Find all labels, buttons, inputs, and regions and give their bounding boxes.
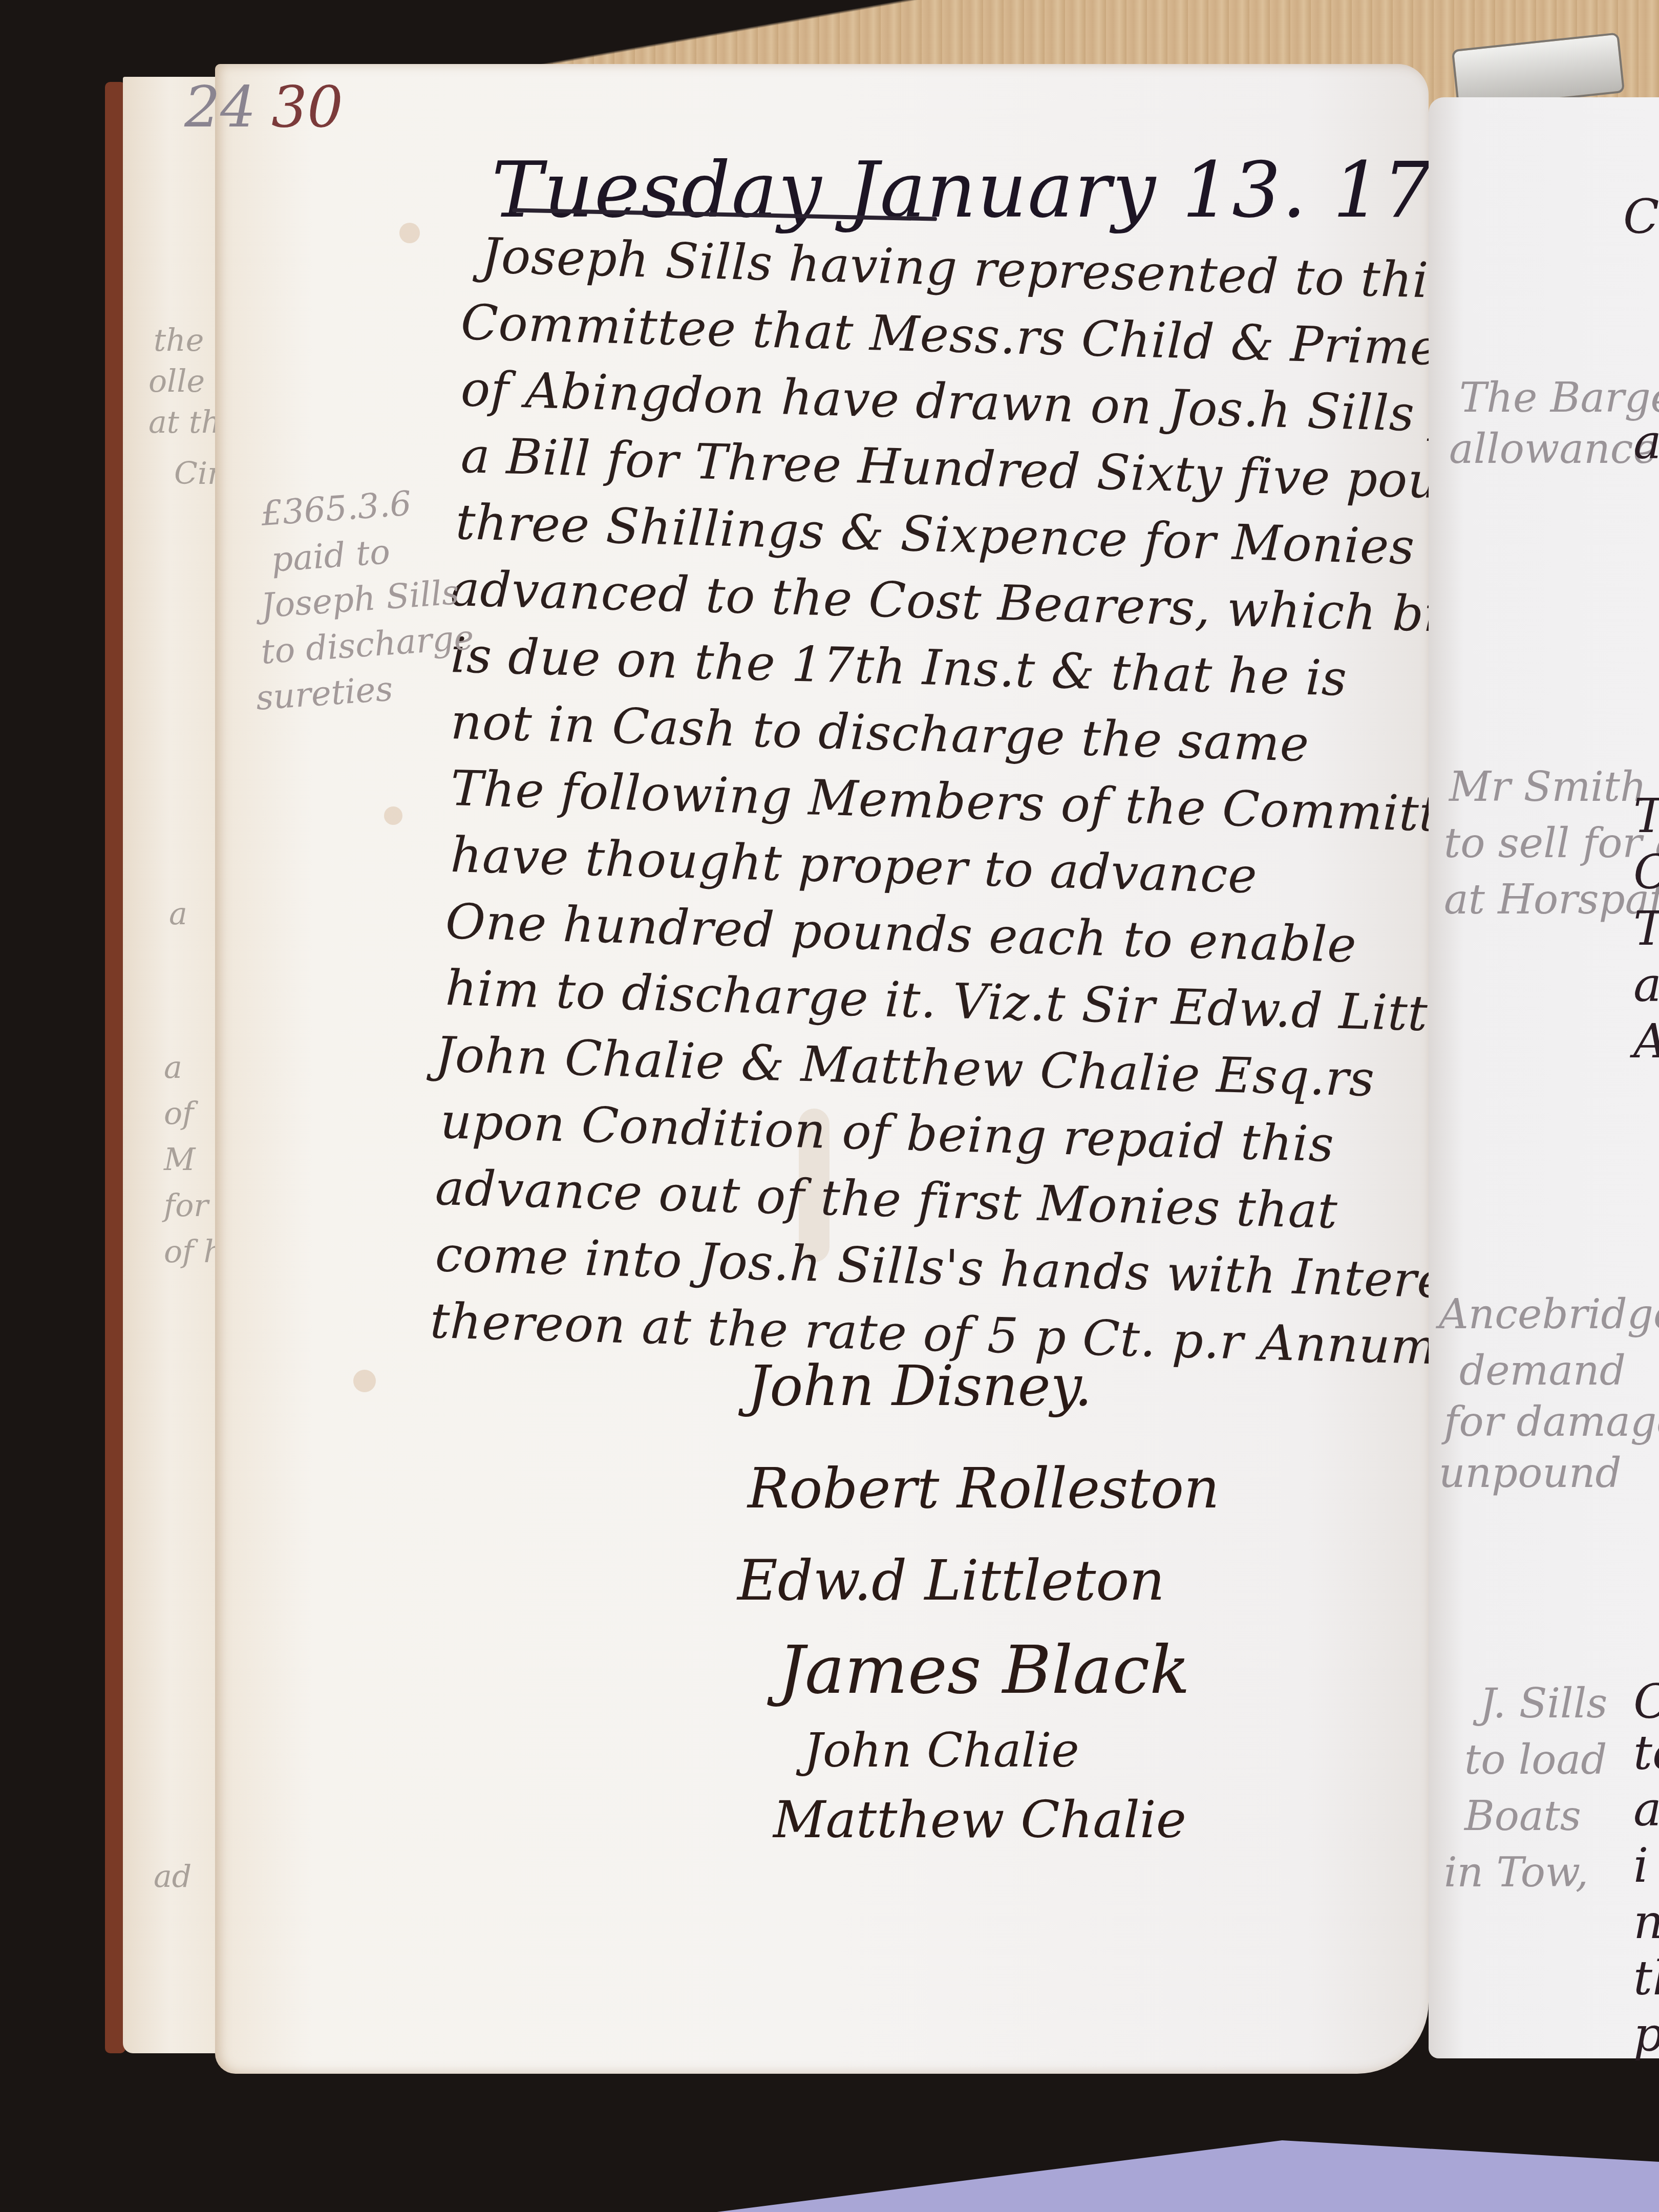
- right-margin-note: to load: [1464, 1736, 1607, 1783]
- page-number-red: 30: [271, 74, 343, 140]
- foxing-stain: [384, 806, 402, 825]
- right-margin-note: allowance: [1449, 425, 1657, 473]
- strip-fragment: of: [164, 1096, 194, 1132]
- right-margin-note: for damage: [1444, 1398, 1659, 1445]
- body-line: Joseph Sills having represented to this: [481, 228, 1455, 310]
- margin-note-amount: £365.3.6: [260, 484, 413, 534]
- body-line: is due on the 17th Ins.t & that he is: [450, 627, 1348, 707]
- right-text-fragment: n: [1633, 1895, 1659, 1949]
- right-margin-note: The Barge: [1459, 374, 1659, 421]
- body-line: John Chalie & Matthew Chalie Esq.rs: [435, 1027, 1376, 1108]
- entry-date-heading: Tuesday January 13. 1795: [492, 146, 1533, 235]
- right-text-fragment: a: [1633, 958, 1659, 1012]
- strip-fragment: of h: [164, 1234, 223, 1270]
- body-line: advance out of the first Monies that: [435, 1160, 1338, 1240]
- right-margin-note: Boats: [1464, 1792, 1581, 1840]
- foxing-stain: [353, 1370, 376, 1392]
- right-text-fragment: a: [1633, 415, 1659, 470]
- page-number-faded: 24: [184, 74, 256, 140]
- foxing-stain: [399, 223, 420, 243]
- margin-note-line: Joseph Sills: [260, 572, 460, 626]
- body-line: upon Condition of being repaid this: [440, 1093, 1335, 1173]
- right-text-fragment: T: [1633, 901, 1659, 956]
- right-margin-note: in Tow,: [1444, 1848, 1588, 1896]
- strip-fragment: for: [164, 1188, 208, 1224]
- right-margin-note: Ancebridge: [1439, 1290, 1659, 1338]
- body-line: three Shillings & Sixpence for Monies: [455, 494, 1416, 576]
- strip-fragment: ad: [154, 1859, 192, 1895]
- right-margin-note: demand: [1459, 1347, 1626, 1394]
- right-text-fragment: C: [1623, 189, 1659, 244]
- right-text-fragment: C: [1633, 845, 1659, 900]
- margin-note-line: to discharge: [260, 618, 475, 672]
- signature-edward-littleton: Edw.d Littleton: [737, 1549, 1165, 1613]
- right-margin-note: J. Sills: [1480, 1679, 1607, 1727]
- margin-note-line: sureties: [254, 669, 394, 717]
- body-line: One hundred pounds each to enable: [445, 894, 1357, 974]
- body-line: Committee that Mess.rs Child & Prime: [460, 294, 1440, 376]
- manuscript-page: 24 30 Tuesday January 13. 1795 Joseph Si…: [215, 64, 1429, 2074]
- right-text-fragment: a: [1633, 1782, 1659, 1837]
- strip-fragment: the: [154, 323, 204, 358]
- body-line: not in Cash to discharge the same: [450, 694, 1310, 773]
- right-text-fragment: to: [1633, 1726, 1659, 1780]
- strip-fragment: a: [164, 1050, 182, 1086]
- right-text-fragment: T: [1633, 789, 1659, 843]
- signature-robert-rolleston: Robert Rolleston: [748, 1457, 1219, 1521]
- signature-james-black: James Black: [778, 1631, 1190, 1709]
- right-margin-note: at Horspath: [1444, 876, 1659, 923]
- signature-john-disney: John Disney.: [748, 1354, 1092, 1418]
- body-line: have thought proper to advance: [450, 827, 1258, 904]
- strip-fragment: a: [169, 896, 187, 932]
- right-text-fragment: i: [1633, 1838, 1648, 1893]
- signature-john-chalie: John Chalie: [804, 1723, 1079, 1778]
- right-margin-note: unpound: [1439, 1449, 1622, 1497]
- margin-note-line: paid to: [270, 532, 391, 580]
- book-cover-edge: [105, 82, 125, 2053]
- right-text-fragment: th: [1633, 1951, 1659, 2006]
- right-text-fragment: A: [1633, 1014, 1659, 1069]
- right-text-fragment: Co: [1633, 1674, 1659, 1729]
- signature-matthew-chalie: Matthew Chalie: [773, 1790, 1186, 1849]
- right-margin-note: Mr Smith: [1449, 763, 1647, 811]
- strip-fragment: olle: [148, 364, 205, 399]
- lavender-surface: [717, 2140, 1659, 2212]
- right-margin-note: to sell for al: [1444, 819, 1659, 867]
- strip-fragment: M: [164, 1142, 195, 1178]
- right-text-fragment: p: [1633, 2007, 1659, 2062]
- facing-page: The Barge allowance Mr Smith to sell for…: [1429, 97, 1659, 2058]
